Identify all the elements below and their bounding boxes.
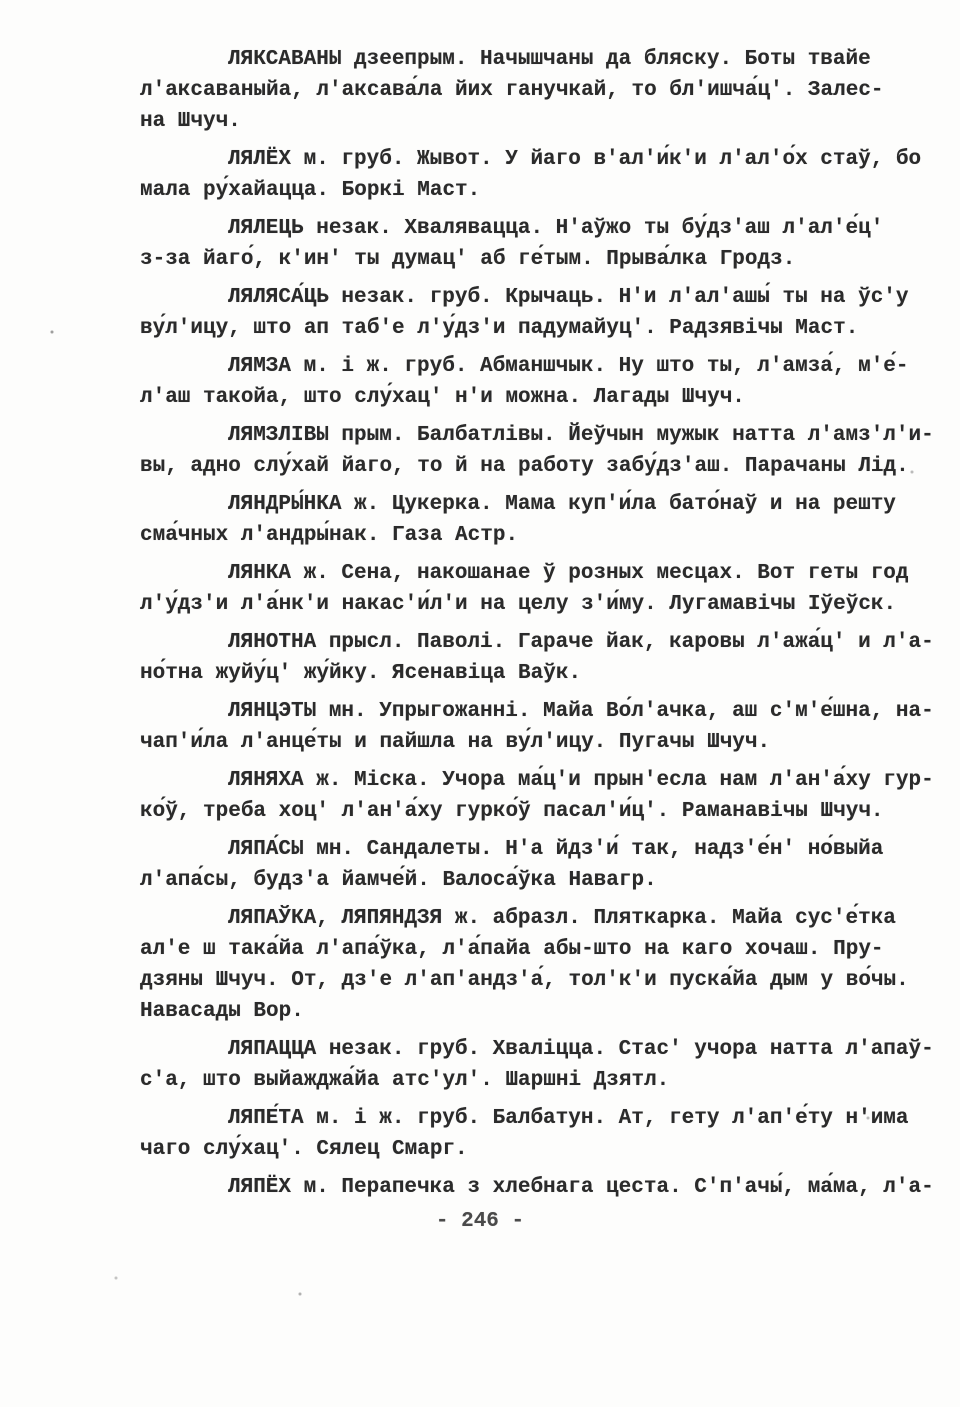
dictionary-entry-ljancety: ЛЯНЦЭТЫ мн. Упрыгожанні. Майа Во́л'ачка,… [140,696,945,758]
dictionary-entry-ljanotna: ЛЯНОТНА прысл. Паволі. Гараче йак, каров… [140,627,945,689]
dictionary-entry-ljaksavany: ЛЯКСАВАНЫ дзеепрым. Начышчаны да бляску.… [140,44,945,137]
dictionary-entry-ljapauka: ЛЯПАЎКА, ЛЯПЯНДЗЯ ж. абразл. Пляткарка. … [140,903,945,1027]
page-number: - 246 - [0,1206,960,1237]
dictionary-entry-ljapasy: ЛЯПА́СЫ мн. Сандалеты. Н'а йдз'и́ так, н… [140,834,945,896]
dictionary-entry-ljanka: ЛЯНКА ж. Сена, накошанае ў розных месцах… [140,558,945,620]
dictionary-entry-ljapacca: ЛЯПАЦЦА незак. груб. Хваліцца. Стас' учо… [140,1034,945,1096]
dictionary-entry-ljamzlivy: ЛЯМЗЛІВЫ прым. Балбатлівы. Йеўчын мужык … [140,420,945,482]
dictionary-entry-ljamza: ЛЯМЗА м. і ж. груб. Абманшчык. Ну што ты… [140,351,945,413]
scanned-dictionary-page: ЛЯКСАВАНЫ дзеепрым. Начышчаны да бляску.… [0,0,960,1407]
dictionary-entry-ljaljoh: ЛЯЛЁХ м. груб. Жывот. У йаго в'ал'и́к'и … [140,144,945,206]
dictionary-entry-ljapjoh: ЛЯПЁХ м. Перапечка з хлебнага цеста. С'п… [140,1172,945,1203]
dictionary-entry-ljanjaha: ЛЯНЯХА ж. Міска. Учора ма́ц'и прын'есла … [140,765,945,827]
dictionary-text-column: ЛЯКСАВАНЫ дзеепрым. Начышчаны да бляску.… [140,44,945,1210]
dictionary-entry-ljandrynka: ЛЯНДРЫ́НКА ж. Цукерка. Мама куп'и́ла бат… [140,489,945,551]
dictionary-entry-ljapeta: ЛЯПЕ́ТА м. і ж. груб. Балбатун. Ат, гету… [140,1103,945,1165]
dictionary-entry-ljaljasac: ЛЯЛЯСА́ЦЬ незак. груб. Крычаць. Н'и л'ал… [140,282,945,344]
dictionary-entry-ljalec: ЛЯЛЕЦЬ незак. Хвалявацца. Н'аўжо ты бу́д… [140,213,945,275]
